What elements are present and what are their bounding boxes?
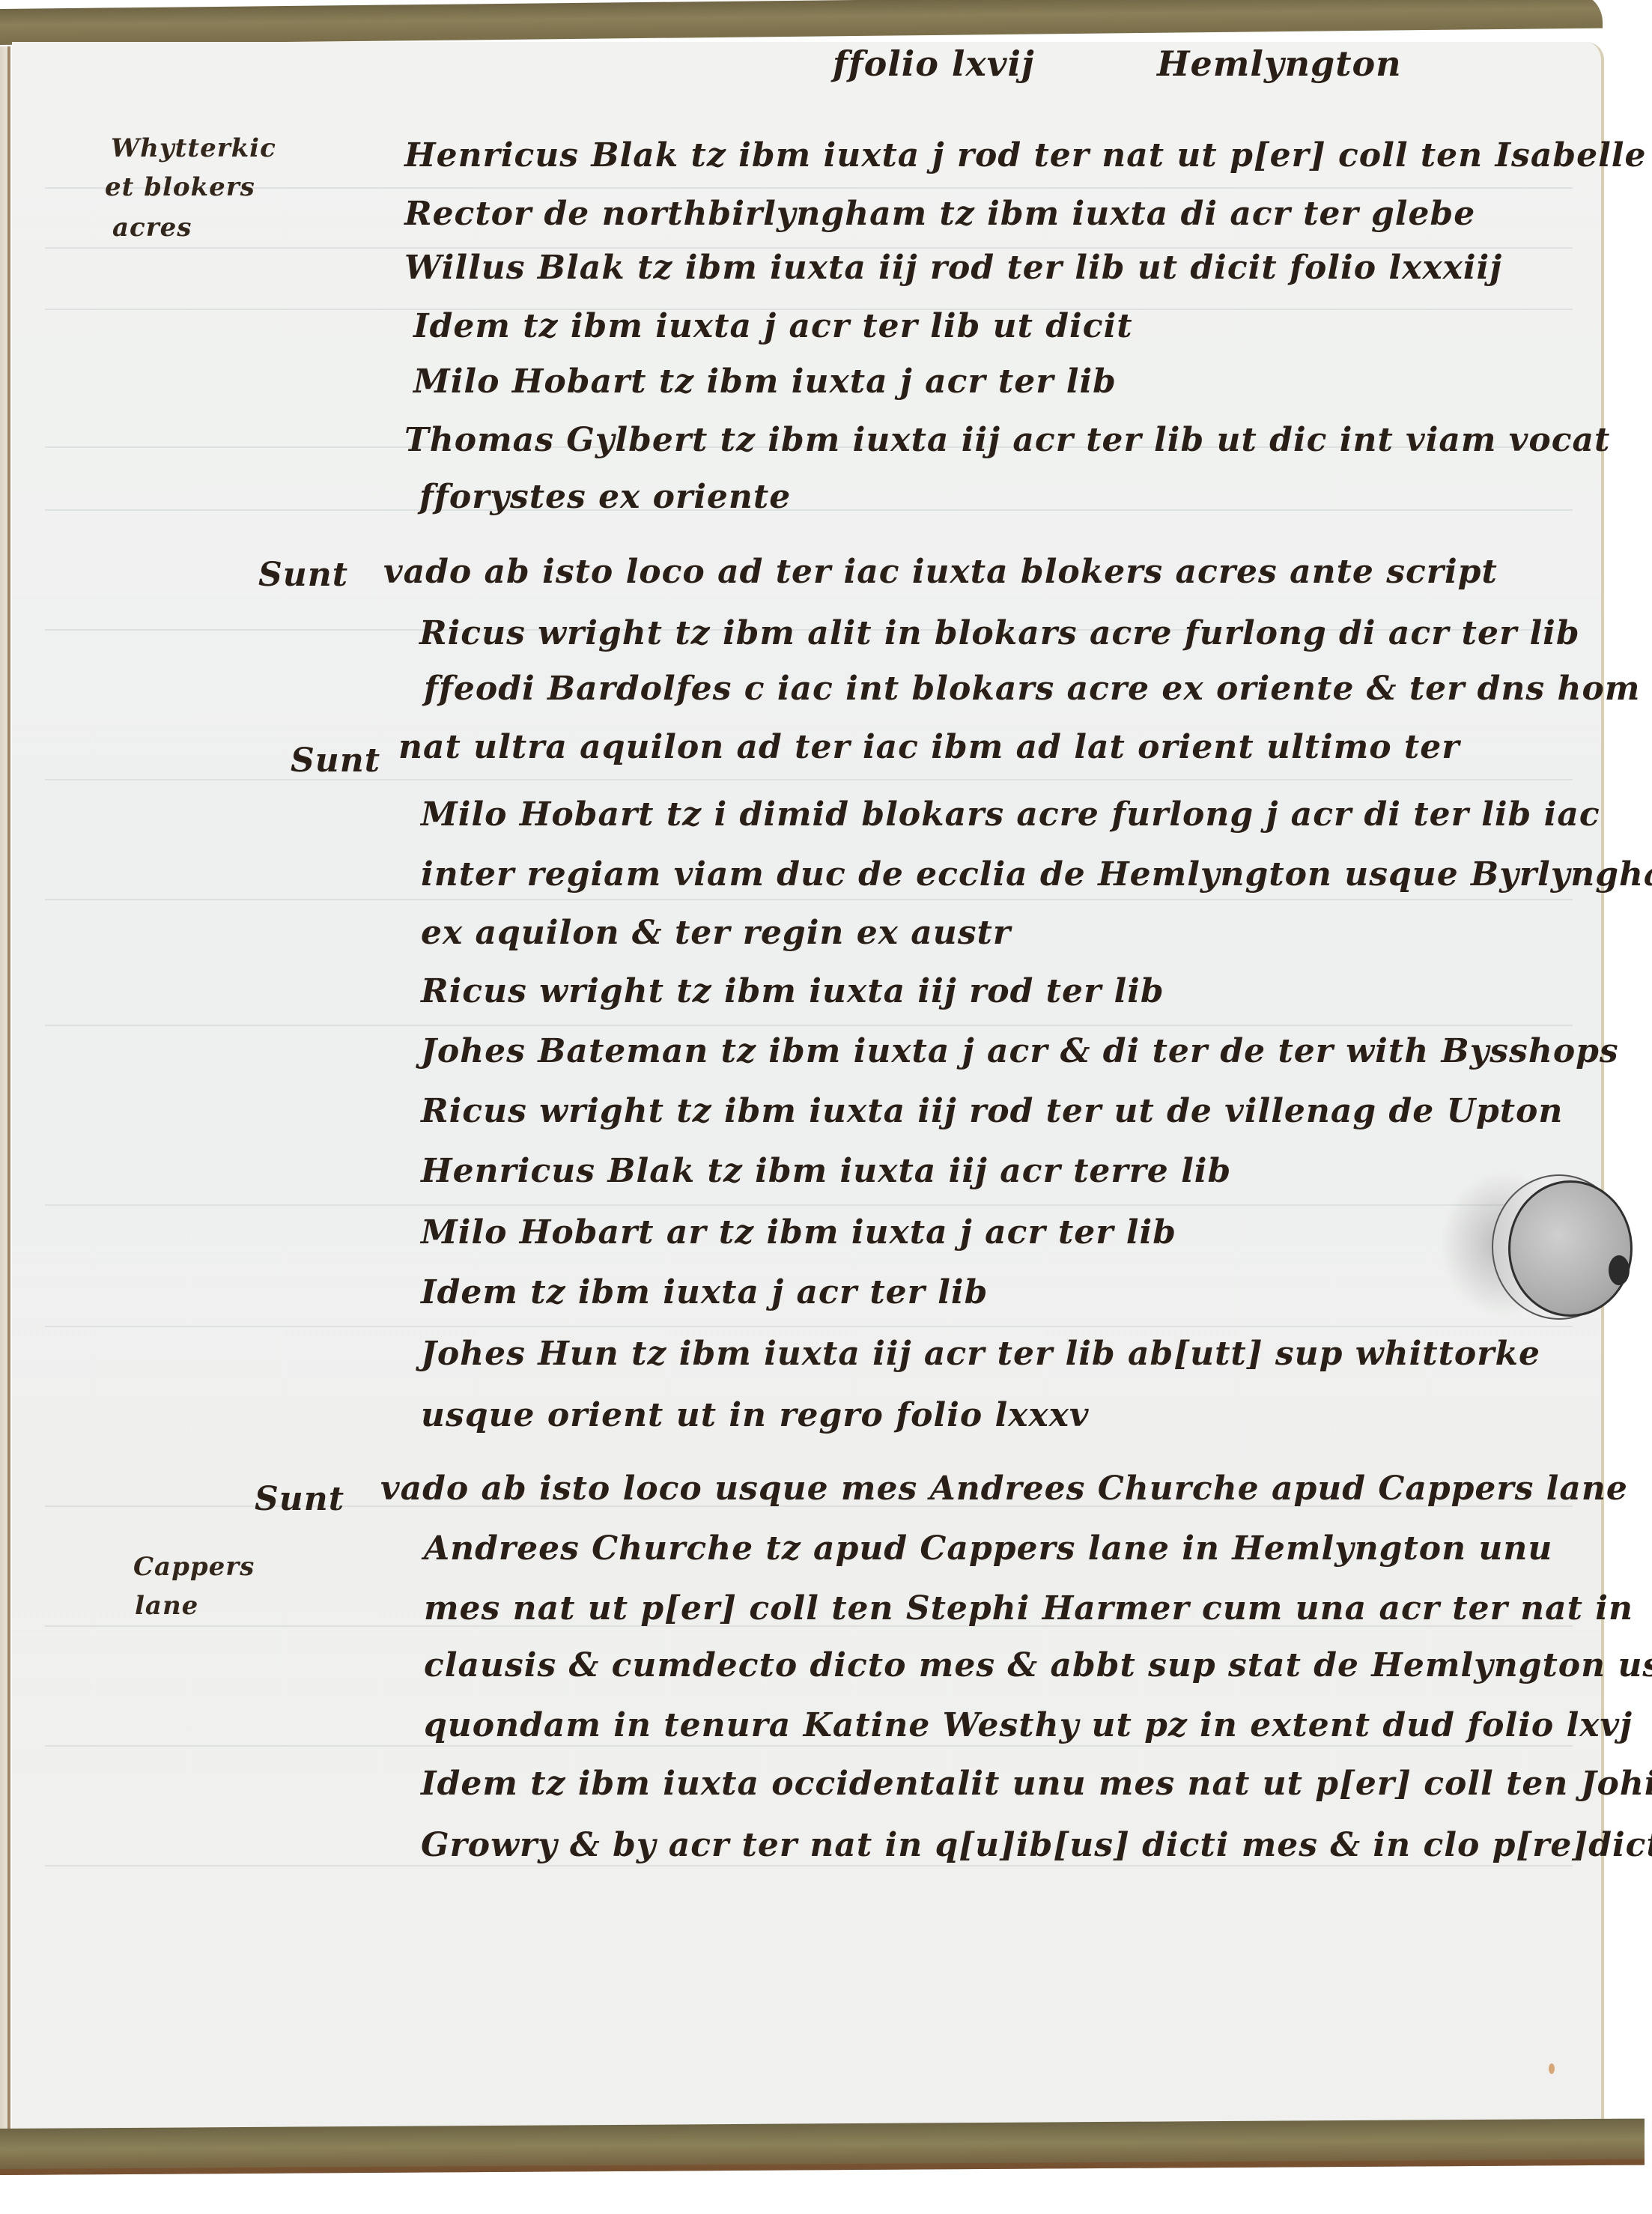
text-line: clausis & cumdecto dicto mes & abbt sup …: [424, 1645, 1652, 1687]
text-line: Johes Hun tz ibm iuxta iij acr ter lib a…: [421, 1333, 1540, 1375]
metal-book-weight: [1469, 1170, 1624, 1317]
text-line: Thomas Gylbert tz ibm iuxta iij acr ter …: [404, 419, 1610, 461]
folio-number: ffolio lxvij: [833, 43, 1035, 84]
paper-stain: [1549, 2063, 1555, 2074]
text-line: ffeodi Bardolfes c iac int blokars acre …: [424, 668, 1652, 710]
clasp-notch: [1609, 1255, 1630, 1285]
text-line: Ricus wright tz ibm alit in blokars acre…: [419, 613, 1580, 655]
ruling-line: [45, 779, 1573, 780]
book-binding-top: [0, 0, 1603, 45]
text-line: Ricus wright tz ibm iuxta iij rod ter ut…: [421, 1091, 1563, 1132]
ruling-line: [45, 187, 1573, 189]
text-line: Ricus wright tz ibm iuxta iij rod ter li…: [421, 971, 1164, 1013]
text-line: usque orient ut in regro folio lxxxv: [421, 1395, 1090, 1437]
margin-note-line: Cappers: [133, 1552, 255, 1582]
text-line: nat ultra aquilon ad ter iac ibm ad lat …: [398, 727, 1460, 768]
text-line: mes nat ut p[er] coll ten Stephi Harmer …: [424, 1588, 1633, 1630]
section-marker: Sunt: [258, 554, 348, 596]
clasp-face: [1508, 1180, 1633, 1317]
margin-note-line: Whytterkic: [111, 133, 276, 163]
manuscript-page: [12, 42, 1604, 2133]
text-line: Milo Hobart ar tz ibm iuxta j acr ter li…: [421, 1212, 1176, 1254]
text-line: Willus Blak tz ibm iuxta iij rod ter lib…: [404, 247, 1502, 289]
text-line: Henricus Blak tz ibm iuxta iij acr terre…: [421, 1150, 1231, 1192]
text-line: Johes Bateman tz ibm iuxta j acr & di te…: [421, 1031, 1619, 1073]
text-line: inter regiam viam duc de ecclia de Hemly…: [421, 854, 1652, 896]
section-marker: Sunt: [291, 740, 380, 782]
facing-leaf-edge: [0, 46, 9, 2136]
text-line: Andrees Churche tz apud Cappers lane in …: [424, 1528, 1552, 1570]
book-binding-bottom: [0, 2119, 1645, 2175]
ruling-line: [45, 1025, 1573, 1026]
text-line: quondam in tenura Katine Westhy ut pz in…: [424, 1705, 1633, 1747]
ruling-line: [45, 1326, 1573, 1327]
text-line: Rector de northbirlyngham tz ibm iuxta d…: [404, 193, 1475, 235]
text-line: fforystes ex oriente: [419, 476, 791, 518]
text-line: Growry & by acr ter nat in q[u]ib[us] di…: [421, 1825, 1652, 1866]
text-line: Henricus Blak tz ibm iuxta j rod ter nat…: [404, 135, 1647, 177]
margin-note-line: lane: [135, 1591, 198, 1621]
text-line: Milo Hobart tz i dimid blokars acre furl…: [421, 794, 1600, 836]
place-heading: Hemlyngton: [1157, 43, 1402, 84]
margin-note-line: et blokers: [105, 172, 255, 202]
ruling-line: [45, 899, 1573, 900]
text-line: vado ab isto loco ad ter iac iuxta bloke…: [383, 551, 1498, 593]
text-line: ex aquilon & ter regin ex austr: [421, 912, 1011, 954]
text-line: Idem tz ibm iuxta occidentalit unu mes n…: [421, 1763, 1652, 1805]
ruling-line: [45, 1204, 1573, 1206]
text-line: vado ab isto loco usque mes Andrees Chur…: [380, 1468, 1628, 1510]
manuscript-photo: ffolio lxvij Hemlyngton Whytterkic et bl…: [0, 0, 1652, 2214]
text-line: Milo Hobart tz ibm iuxta j acr ter lib: [413, 361, 1117, 403]
margin-note-line: acres: [112, 213, 192, 243]
section-marker: Sunt: [255, 1478, 344, 1520]
text-line: Idem tz ibm iuxta j acr ter lib ut dicit: [413, 306, 1133, 348]
text-line: Idem tz ibm iuxta j acr ter lib: [421, 1272, 988, 1314]
ruling-line: [45, 509, 1573, 511]
